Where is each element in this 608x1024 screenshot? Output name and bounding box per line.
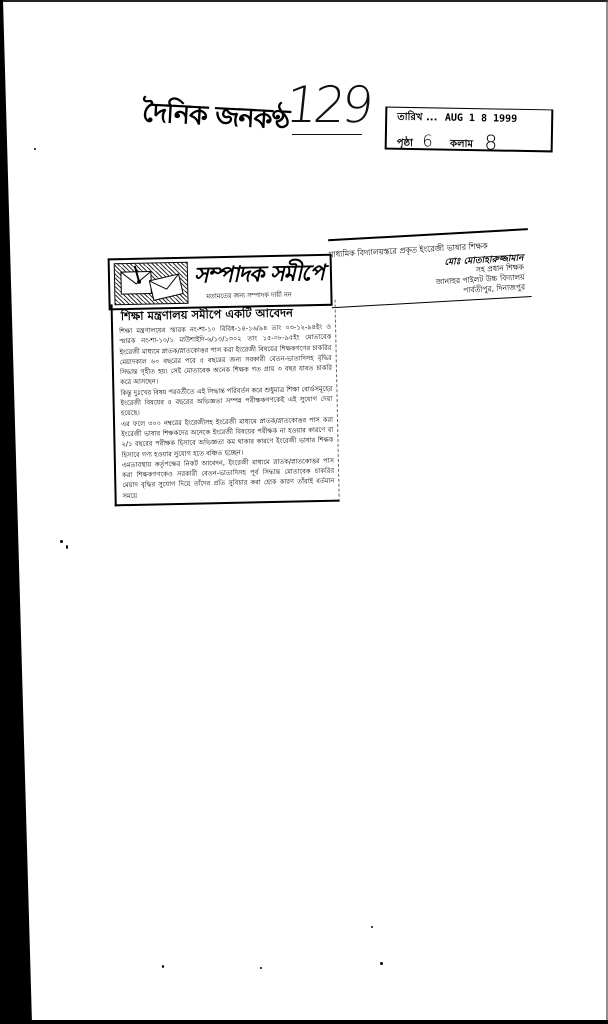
scan-speck <box>380 962 383 965</box>
scan-border-bottom <box>0 1020 608 1024</box>
handwritten-underline <box>292 134 362 135</box>
scan-border-top <box>0 0 608 2</box>
date-stamp: তারিখ ... AUG 1 8 1999 পৃষ্ঠা 6 কলাম 8 <box>385 107 554 153</box>
scan-speck <box>60 540 63 543</box>
scan-border-left <box>0 0 34 1024</box>
letter-box: শিক্ষা মন্ত্রণালয় সমীপে একটি আবেদন শিক্… <box>111 300 340 507</box>
stamp-date-label: তারিখ ... <box>397 112 437 124</box>
handwritten-number: 129 <box>283 76 373 134</box>
author-block: মাধ্যমিক বিদ্যালয়স্তরে প্রকৃত ইংরেজী ভা… <box>328 228 532 308</box>
letter-paragraph: এর ফলে ৩০০ নম্বরের ইংরেজীসহ ইংরেজী মাধ্য… <box>121 414 334 460</box>
stamp-page-row: পৃষ্ঠা 6 কলাম 8 <box>397 127 498 155</box>
stamp-column-label: কলাম <box>450 139 473 150</box>
newspaper-clipping: সম্পাদক সমীপে মতামতের জন্য সম্পাদক দায়ী… <box>107 232 533 511</box>
stamp-page-value: 6 <box>422 131 433 150</box>
scan-speck <box>260 967 262 969</box>
stamp-column-value: 8 <box>484 130 497 154</box>
letter-body: শিক্ষা মন্ত্রণালয়ের স্মারক নং-শা-১০ বিব… <box>119 322 335 501</box>
stamp-page-label: পৃষ্ঠা <box>397 138 413 149</box>
scan-speck <box>66 545 68 549</box>
letter-paragraph: শিক্ষা মন্ত্রণালয়ের স্মারক নং-শা-১০ বিব… <box>119 322 332 388</box>
letter-paragraph: কিন্তু দুঃখের বিষয় পরবর্তীতে এই সিদ্ধান… <box>120 384 333 419</box>
stamp-date-value: AUG 1 8 1999 <box>445 113 517 125</box>
envelope-pen-icon <box>114 262 189 306</box>
letter-paragraph: এমতাবস্থায় কর্তৃপক্ষের নিকট আবেদন, ইংরে… <box>122 456 335 502</box>
author-location: পার্বতীপুর, দিনাজপুর <box>463 282 525 297</box>
newspaper-name: দৈনিক জনকণ্ঠ <box>141 92 290 145</box>
scan-speck <box>371 926 373 928</box>
stamp-date-row: তারিখ ... AUG 1 8 1999 <box>397 110 517 129</box>
scan-speck <box>34 148 36 150</box>
scan-speck <box>162 965 164 968</box>
